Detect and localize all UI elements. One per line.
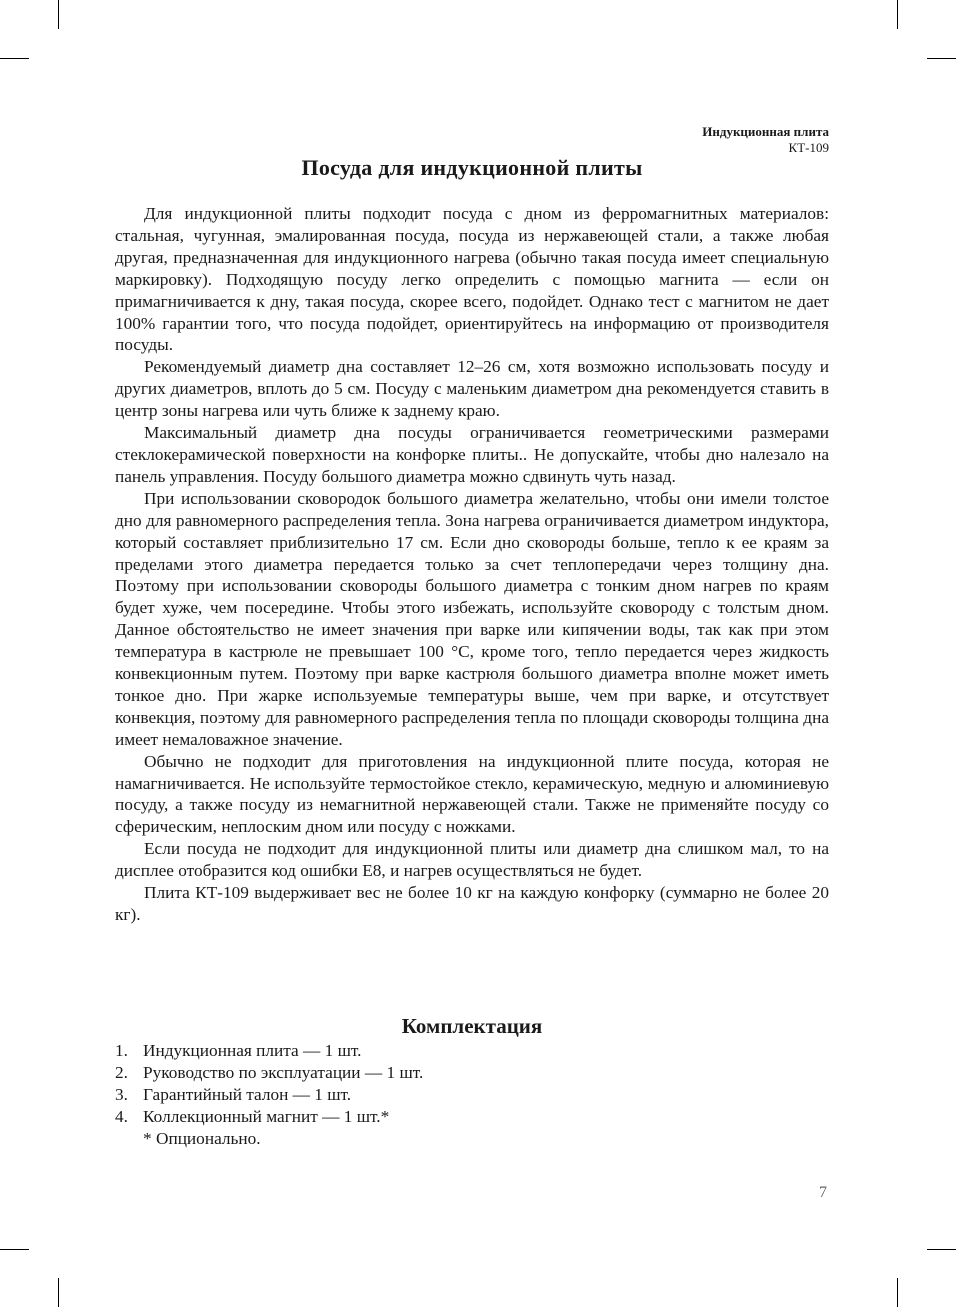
crop-mark-bottom-right-horizontal — [927, 1249, 956, 1250]
paragraph: При использовании сковородок большого ди… — [115, 488, 829, 751]
list-item-text: Гарантийный талон — 1 шт. — [143, 1084, 351, 1106]
list-item-text: Индукционная плита — 1 шт. — [143, 1040, 361, 1062]
package-list: 1. Индукционная плита — 1 шт. 2. Руковод… — [115, 1040, 423, 1150]
list-item-text: Коллекционный магнит — 1 шт.* — [143, 1106, 389, 1128]
list-item: 3. Гарантийный талон — 1 шт. — [115, 1084, 423, 1106]
list-item-text: Руководство по эксплуатации — 1 шт. — [143, 1062, 423, 1084]
crop-mark-bottom-right-vertical — [897, 1278, 898, 1307]
crop-mark-bottom-left-horizontal — [0, 1249, 29, 1250]
paragraph: Максимальный диаметр дна посуды ограничи… — [115, 422, 829, 488]
list-item-number: 3. — [115, 1084, 143, 1106]
paragraph: Если посуда не подходит для индукционной… — [115, 838, 829, 882]
package-title: Комплектация — [0, 1014, 944, 1039]
paragraph: Плита КТ-109 выдерживает вес не более 10… — [115, 882, 829, 926]
paragraph: Для индукционной плиты подходит посуда с… — [115, 203, 829, 356]
body-text: Для индукционной плиты подходит посуда с… — [115, 203, 829, 926]
paragraph: Рекомендуемый диаметр дна составляет 12–… — [115, 356, 829, 422]
crop-mark-top-left-horizontal — [0, 58, 29, 59]
list-item: 1. Индукционная плита — 1 шт. — [115, 1040, 423, 1062]
list-item-number: 2. — [115, 1062, 143, 1084]
crop-mark-top-right-horizontal — [927, 58, 956, 59]
paragraph: Обычно не подходит для приготовления на … — [115, 751, 829, 839]
header-model: КТ-109 — [702, 140, 829, 156]
page-title: Посуда для индукционной плиты — [0, 155, 944, 181]
crop-mark-bottom-left-vertical — [58, 1278, 59, 1307]
running-header: Индукционная плита КТ-109 — [702, 124, 829, 156]
header-product-name: Индукционная плита — [702, 124, 829, 140]
list-item-number: 1. — [115, 1040, 143, 1062]
list-item: 2. Руководство по эксплуатации — 1 шт. — [115, 1062, 423, 1084]
footnote: * Опционально. — [115, 1128, 423, 1150]
crop-mark-top-right-vertical — [897, 0, 898, 29]
crop-mark-top-left-vertical — [58, 0, 59, 29]
list-item: 4. Коллекционный магнит — 1 шт.* — [115, 1106, 423, 1128]
list-item-number: 4. — [115, 1106, 143, 1128]
page-number: 7 — [819, 1184, 827, 1202]
